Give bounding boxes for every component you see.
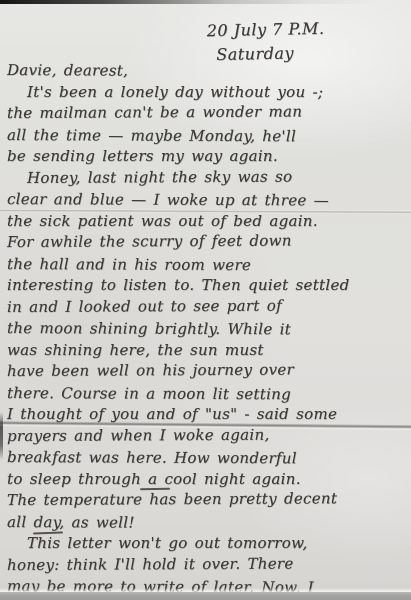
letter-line: clear and blue — I woke up at three — [7, 189, 407, 212]
letter-line: be sending letters my way again. [7, 146, 407, 168]
letter-page: 20 July 7 P.M. Saturday Davie, dearest, … [0, 0, 411, 600]
letter-line: The temperature has been pretty decent [7, 488, 407, 512]
letter-line: This letter won't go out tomorrow, [7, 533, 407, 555]
letter-line: the moon shining brightly. While it [7, 318, 407, 341]
letter-line: the sick patient was out of bed again. [7, 211, 407, 233]
dateline-date-time: 20 July 7 P.M. [207, 17, 325, 43]
letter-line: the mailman can't be a wonder man [7, 101, 407, 125]
letter-line: honey: think I'll hold it over. There [7, 552, 407, 576]
paper-left-edge-shadow [0, 412, 3, 460]
letter-line: was shining here, the sun must [7, 340, 407, 362]
letter-line: the hall and in his room were [7, 254, 407, 277]
letter-line: It's been a lonely day without you -; [7, 82, 407, 104]
salutation: Davie, dearest, [7, 60, 407, 83]
letter-body: Davie, dearest, It's been a lonely day w… [7, 60, 407, 598]
letter-line: Honey, last night the sky was so [7, 165, 407, 189]
paper-top-edge [0, 0, 411, 4]
letter-line: have been well on his journey over [7, 359, 407, 383]
letter-line: in and I looked out to see part of [7, 294, 407, 318]
letter-line: there. Course in a moon lit setting [7, 383, 407, 406]
letter-line: to sleep through a cool night again. [7, 469, 407, 491]
paper-bottom-edge [0, 592, 411, 600]
letter-line: all the time — maybe Monday, he'll [7, 125, 407, 148]
letter-line: interesting to listen to. Then quiet set… [7, 275, 407, 297]
letter-line: I thought of you and of "us" - said some [7, 404, 407, 426]
letter-line: For awhile the scurry of feet down [7, 230, 407, 254]
letter-line: breakfast was here. How wonderful [7, 447, 407, 470]
letter-line: prayers and when I woke again, [7, 423, 407, 447]
letter-line: all day, as well! [7, 512, 407, 535]
